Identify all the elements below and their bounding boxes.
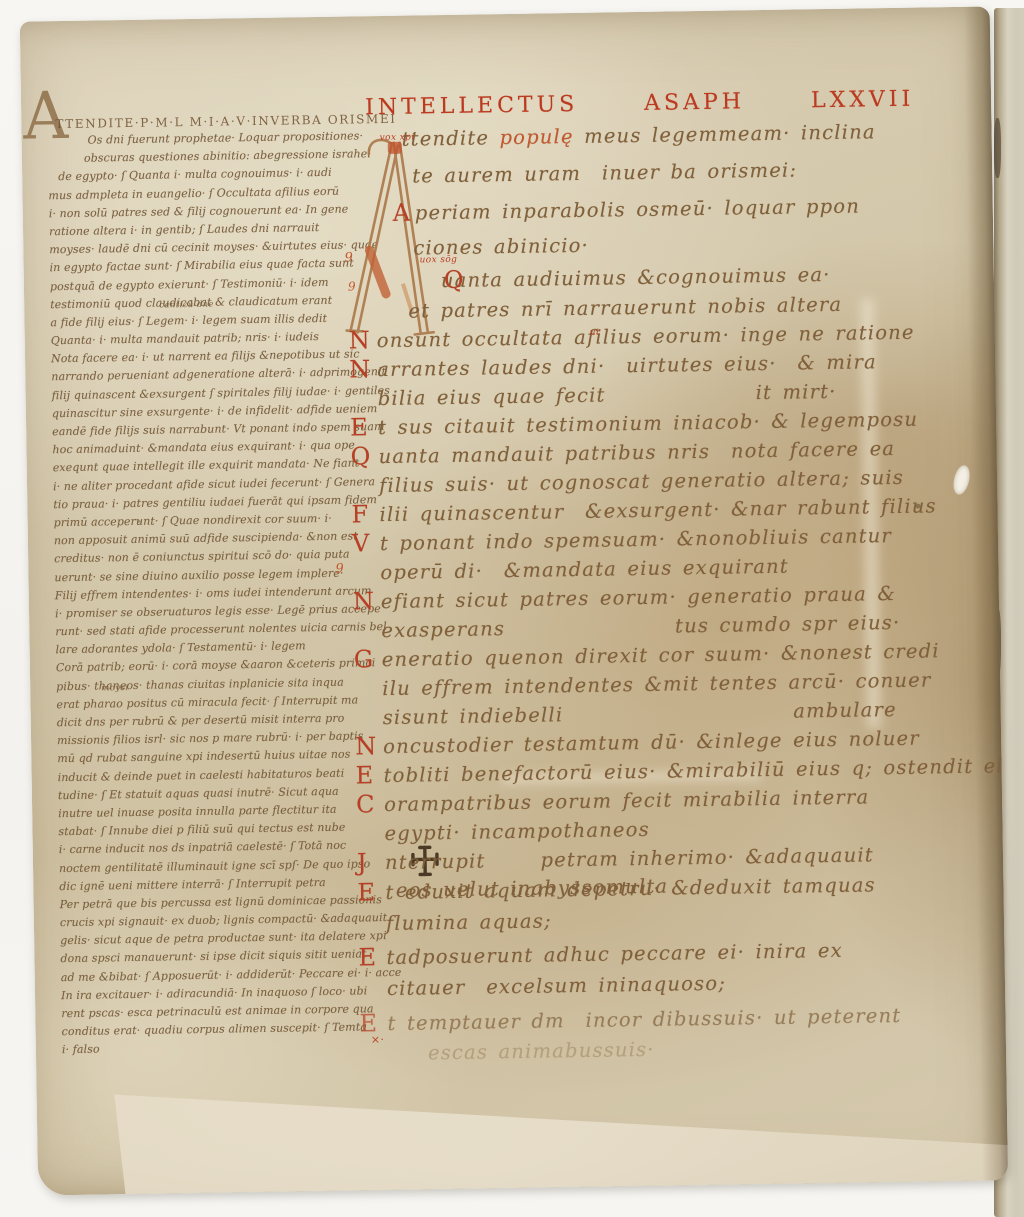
psalm-text: sisunt indiebelli (383, 703, 564, 729)
psalm-text: it mirt· (755, 380, 836, 404)
rubric-initial: N (349, 326, 370, 354)
rubric-initial: N (353, 587, 374, 615)
line-gap (606, 399, 756, 401)
psalm-text: ttendite (401, 126, 499, 151)
rubric-initial: E (355, 761, 373, 789)
interlinear-gloss: 9 (344, 250, 353, 265)
rubric-initial: A (393, 199, 411, 227)
interlinear-gloss: vox xpi (380, 132, 415, 143)
psalm-text: meus legemmeam· inclina (574, 120, 876, 148)
psalm-text: te aurem uram inuer ba orismei: (412, 158, 797, 187)
rubric-initial: E (350, 413, 368, 441)
rubric-initial: N (355, 732, 376, 760)
commentary-heading: TTENDITE·P·M·L M·I·A·V·INVERBA ORISMEI (55, 112, 375, 131)
binding-nick (994, 118, 1001, 178)
psalm-text: escas animabussuis· (428, 1038, 655, 1065)
rubric-initial: Q (350, 442, 370, 470)
rubric-initial: N (349, 355, 370, 383)
rubric-initial: V (352, 529, 370, 557)
psalm-text: flumina aquas; (386, 909, 552, 935)
line-gap (563, 718, 793, 722)
line-gap (486, 867, 541, 868)
psalm-text: bilia eius quae fecit (378, 384, 606, 411)
rubric-initial: C (356, 790, 375, 818)
rubric-initial: G (354, 645, 374, 673)
psalm-text: nterrupit (385, 849, 486, 874)
manuscript-page: A TTENDITE·P·M·L M·I·A·V·INVERBA ORISMEI… (20, 6, 1008, 1195)
interlinear-gloss: 9 (348, 279, 356, 293)
rubric-initial: E (357, 878, 375, 906)
interlinear-gloss: moysi (101, 683, 128, 693)
psalm-title-rubric: INTELLECTUS ASAPH LXXVII (365, 87, 914, 121)
psalm-text: tus cumdo spr eius· (675, 611, 901, 638)
psalm-text: exasperans (381, 617, 505, 642)
psalm-text: uanta audiuimus &cognouimus ea· (441, 263, 831, 292)
interlinear-gloss: ut (590, 328, 600, 338)
rubric-initial: J (357, 848, 367, 876)
interlinear-gloss: canticū dne (159, 300, 214, 311)
gloss-layer: vox xpiuox sōgutcanticū dnemoysi×·999 (20, 6, 990, 21)
psalm-text: populę (499, 125, 574, 149)
psalm-text: ambulare (793, 698, 897, 723)
psalm-text: egypti· incampothaneos (384, 818, 650, 845)
psalm-text: citauer excelsum ininaquoso; (387, 972, 726, 1000)
interlinear-gloss: uox sōg (419, 255, 457, 266)
rubric-initial: F (351, 500, 368, 528)
interlinear-gloss: ×· (371, 1033, 385, 1046)
rubric-initial: Q (444, 266, 464, 294)
interlinear-gloss: 9 (335, 562, 344, 577)
line-gap (505, 632, 675, 635)
rubric-initial: E (358, 943, 376, 971)
psalm-text: petram inherimo· &adaquauit (540, 843, 874, 871)
